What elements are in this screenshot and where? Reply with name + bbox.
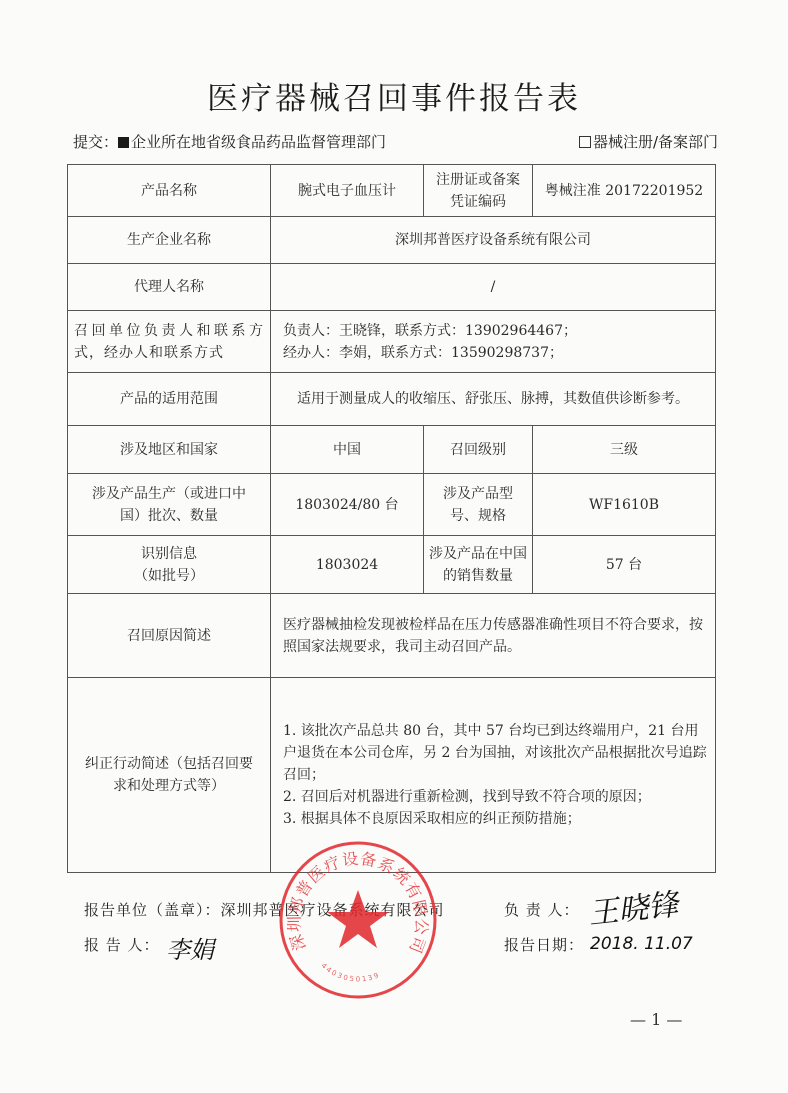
action-value: 1. 该批次产品总共 80 台，其中 57 台均已到达终端用户，21 台用户退货… (271, 678, 716, 873)
submit-option-registration: 器械注册/备案部门 (579, 131, 718, 152)
recall-level-label: 召回级别 (424, 426, 533, 474)
region-label: 涉及地区和国家 (68, 426, 271, 474)
submit-option-unchecked-label: 器械注册/备案部门 (593, 133, 718, 151)
region-value: 中国 (271, 426, 424, 474)
sales-label: 涉及产品在中国的销售数量 (424, 536, 533, 594)
responsible-label: 负 责 人： (504, 901, 580, 919)
report-date-value: 2018. 11.07 (590, 934, 693, 954)
submit-prefix: 提交： (73, 133, 118, 151)
table-row: 涉及地区和国家 中国 召回级别 三级 (68, 426, 716, 474)
contact-value: 负责人：王晓锋，联系方式：13902964467； 经办人：李娟，联系方式：13… (271, 311, 716, 373)
submit-option-province: 提交：企业所在地省级食品药品监督管理部门 (73, 131, 386, 152)
report-unit-value: 深圳邦普医疗设备系统有限公司 (221, 901, 445, 919)
reason-value: 医疗器械抽检发现被检样品在压力传感器准确性项目不符合要求，按照国家法规要求，我司… (271, 594, 716, 678)
table-row: 产品名称 腕式电子血压计 注册证或备案凭证编码 粤械注准 20172201952 (68, 165, 716, 217)
scope-label: 产品的适用范围 (68, 373, 271, 426)
model-value: WF1610B (533, 474, 716, 536)
svg-text:4403050139: 4403050139 (320, 962, 382, 984)
reg-no-label: 注册证或备案凭证编码 (424, 165, 533, 217)
contact-responsible: 负责人：王晓锋，联系方式：13902964467； (283, 320, 709, 342)
scope-value: 适用于测量成人的收缩压、舒张压、脉搏，其数值供诊断参考。 (271, 373, 716, 426)
reporter: 报 告 人： (84, 934, 160, 955)
sales-value: 57 台 (533, 536, 716, 594)
report-unit-label: 报告单位（盖章）： (84, 901, 221, 919)
report-date-label: 报告日期： (504, 936, 584, 954)
id-info-label-line1: 识别信息 (74, 543, 264, 565)
recall-level-value: 三级 (533, 426, 716, 474)
action-label: 纠正行动简述（包括召回要求和处理方式等） (68, 678, 271, 873)
table-row: 产品的适用范围 适用于测量成人的收缩压、舒张压、脉搏，其数值供诊断参考。 (68, 373, 716, 426)
responsible-signature: 王晓锋 (586, 879, 680, 932)
table-row: 涉及产品生产（或进口中国）批次、数量 1803024/80 台 涉及产品型号、规… (68, 474, 716, 536)
submit-line: 提交：企业所在地省级食品药品监督管理部门 器械注册/备案部门 (73, 131, 718, 152)
agent-value: / (271, 264, 716, 311)
checkbox-checked-icon (118, 137, 129, 148)
checkbox-unchecked-icon (579, 136, 591, 148)
table-row: 识别信息 （如批号） 1803024 涉及产品在中国的销售数量 57 台 (68, 536, 716, 594)
batch-label: 涉及产品生产（或进口中国）批次、数量 (68, 474, 271, 536)
table-row: 纠正行动简述（包括召回要求和处理方式等） 1. 该批次产品总共 80 台，其中 … (68, 678, 716, 873)
action-item-1: 1. 该批次产品总共 80 台，其中 57 台均已到达终端用户，21 台用户退货… (283, 720, 707, 786)
seal-code: 4403050139 (320, 962, 382, 984)
page-number: — 1 — (630, 1010, 682, 1029)
reason-label: 召回原因简述 (68, 594, 271, 678)
model-label: 涉及产品型号、规格 (424, 474, 533, 536)
product-name-value: 腕式电子血压计 (271, 165, 424, 217)
contact-label: 召回单位负责人和联系方式，经办人和联系方式 (68, 311, 271, 373)
action-item-3: 3. 根据具体不良原因采取相应的纠正预防措施； (283, 808, 707, 830)
recall-report-table: 产品名称 腕式电子血压计 注册证或备案凭证编码 粤械注准 20172201952… (67, 164, 716, 873)
manufacturer-value: 深圳邦普医疗设备系统有限公司 (271, 217, 716, 264)
submit-option-checked-label: 企业所在地省级食品药品监督管理部门 (131, 133, 386, 151)
table-row: 召回单位负责人和联系方式，经办人和联系方式 负责人：王晓锋，联系方式：13902… (68, 311, 716, 373)
responsible-person: 负 责 人： (504, 899, 580, 920)
report-unit: 报告单位（盖章）：深圳邦普医疗设备系统有限公司 (84, 899, 445, 920)
id-info-label: 识别信息 （如批号） (68, 536, 271, 594)
product-name-label: 产品名称 (68, 165, 271, 217)
reporter-signature: 李娟 (166, 930, 214, 965)
contact-handler: 经办人：李娟，联系方式：13590298737； (283, 342, 709, 364)
action-item-2: 2. 召回后对机器进行重新检测，找到导致不符合项的原因； (283, 786, 707, 808)
batch-value: 1803024/80 台 (271, 474, 424, 536)
table-row: 代理人名称 / (68, 264, 716, 311)
document-title: 医疗器械召回事件报告表 (0, 73, 788, 118)
report-date: 报告日期： (504, 934, 584, 955)
id-info-value: 1803024 (271, 536, 424, 594)
id-info-label-line2: （如批号） (74, 565, 264, 587)
table-row: 生产企业名称 深圳邦普医疗设备系统有限公司 (68, 217, 716, 264)
reg-no-value: 粤械注准 20172201952 (533, 165, 716, 217)
agent-label: 代理人名称 (68, 264, 271, 311)
table-row: 召回原因简述 医疗器械抽检发现被检样品在压力传感器准确性项目不符合要求，按照国家… (68, 594, 716, 678)
reporter-label: 报 告 人： (84, 936, 160, 954)
manufacturer-label: 生产企业名称 (68, 217, 271, 264)
